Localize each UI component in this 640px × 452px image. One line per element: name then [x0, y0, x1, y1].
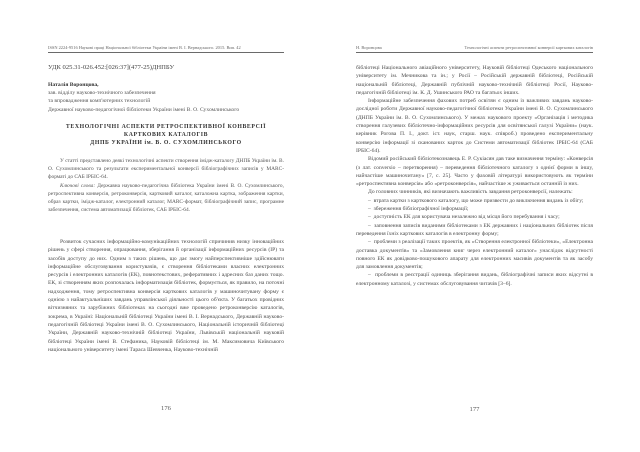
paragraph: Розвиток сучасних інформаційно-комунікац… [48, 238, 284, 354]
author-name: Наталія Воронцова, [48, 81, 284, 89]
author-block: Наталія Воронцова, зав. відділу науково-… [48, 81, 284, 114]
body-text: бібліотеці Національного авіаційного уні… [356, 64, 593, 288]
author-position: зав. відділу науково-технічного забезпеч… [48, 89, 284, 97]
title-line: ТЕХНОЛОГІЧНІ АСПЕКТИ РЕТРОСПЕКТИВНОЇ КОН… [48, 123, 284, 131]
list-item: – заповнення записів виданими бібліотека… [356, 222, 593, 239]
paragraph: До головних чинників, які визначають важ… [356, 188, 593, 196]
right-page: Н. Воронцова Технологічні аспекти ретрос… [356, 0, 593, 452]
author-affiliation: Державної науково-педагогічної бібліотек… [48, 106, 284, 114]
title-header: Технологічні аспекти ретроспективної кон… [464, 45, 593, 51]
list-item: – проблеми з реалізації таких проектів, … [356, 238, 593, 271]
abstract: У статті представлено деякі технологічні… [48, 157, 284, 214]
author-position: та впровадження комп'ютерних технологій [48, 97, 284, 105]
running-head: Н. Воронцова Технологічні аспекти ретрос… [356, 45, 593, 53]
dash-bullet: – [368, 214, 371, 220]
dash-bullet: – [368, 272, 371, 278]
paragraph: Відомий російський бібліотекознавець Е. … [356, 155, 593, 188]
keywords-label: Ключові слова: [60, 183, 95, 189]
paragraph: бібліотеці Національного авіаційного уні… [356, 64, 593, 97]
journal-header: ISSN 2224-9516 Наукові праці Національно… [48, 45, 241, 51]
list-item: – втрата картки з карткового каталогу, щ… [356, 197, 593, 205]
list-item: – доступність ЕК для користувача незалеж… [356, 213, 593, 221]
dash-bullet: – [368, 223, 371, 229]
paragraph: Інформаційне забезпечення фахових потреб… [356, 97, 593, 155]
dash-bullet: – [368, 239, 371, 245]
udc-code: УДК 025.31-026.452:[026:37](477-25)ДНПБУ [48, 64, 174, 72]
dash-bullet: – [368, 198, 371, 204]
running-head: ISSN 2224-9516 Наукові праці Національно… [48, 45, 284, 53]
list-item: – проблеми в реєстрації одиниць зберіган… [356, 271, 593, 288]
title-line: КАРТКОВИХ КАТАЛОГІВ [48, 131, 284, 139]
list-item: – збереження бібліографічної інформації; [356, 205, 593, 213]
dash-bullet: – [368, 206, 371, 212]
body-text: Розвиток сучасних інформаційно-комунікац… [48, 238, 284, 354]
abstract-text: У статті представлено деякі технологічні… [48, 157, 284, 182]
title-line: ДНПБ УКРАЇНИ ім. В. О. СУХОМЛИНСЬКОГО [48, 139, 284, 147]
keywords: Ключові слова: Державна науково-педагогі… [48, 182, 284, 215]
article-title: ТЕХНОЛОГІЧНІ АСПЕКТИ РЕТРОСПЕКТИВНОЇ КОН… [48, 123, 284, 148]
page-number: 176 [48, 405, 284, 412]
left-page: ISSN 2224-9516 Наукові праці Національно… [48, 0, 284, 452]
page-number: 177 [356, 406, 593, 413]
author-header: Н. Воронцова [356, 45, 382, 51]
